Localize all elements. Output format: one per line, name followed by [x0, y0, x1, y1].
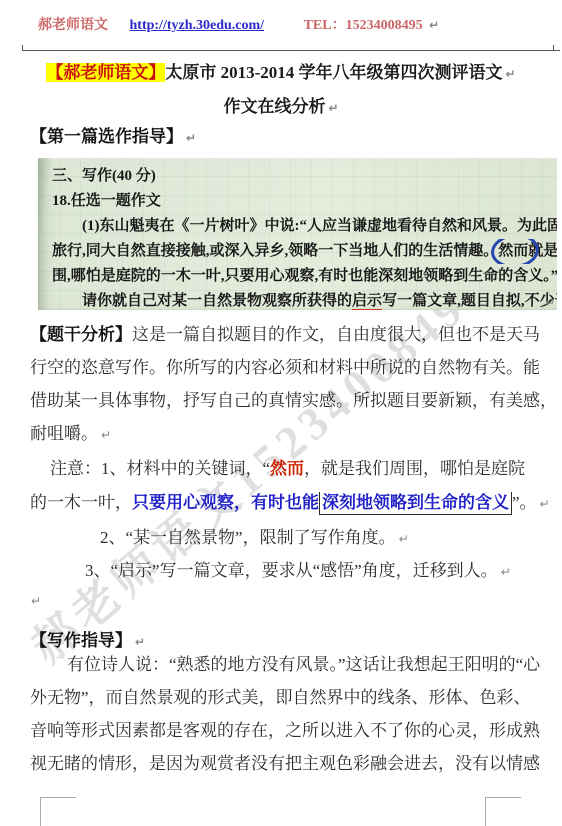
- note-line-3: 3、“启示”写一篇文章，要求从“感悟”角度，迁移到人。↵: [30, 560, 552, 583]
- note-text: 2、“某一自然景物”，限制了写作角度。: [100, 528, 396, 547]
- section-heading-2: 【写作指导】↵: [30, 626, 145, 651]
- tigan-text: 耐咀嚼。: [30, 424, 98, 443]
- guide-line: 有位诗人说：“熟悉的地方没有风景。”这话让我想起王阳明的“心: [30, 654, 552, 676]
- scan-line: 围,哪怕是庭院的一木一叶,只要用心观察,有时也能深刻地领略到生命的含义。”: [52, 264, 557, 289]
- pilcrow-mark: ↵: [135, 635, 145, 649]
- pilcrow-mark: ↵: [328, 101, 338, 115]
- pilcrow-mark: ↵: [540, 497, 550, 511]
- doc-title-line1: 【郝老师语文】太原市 2013-2014 学年八年级第四次测评语文↵: [0, 58, 562, 83]
- page-header: 郝老师语文 http://tyzh.30edu.com/ TEL：1523400…: [38, 14, 556, 34]
- tigan-text: 这是一篇自拟题目的作文，自由度很大，但也不是天马: [132, 325, 540, 344]
- scan-line-text: 18.任选一题作文: [52, 193, 161, 209]
- guide-text: 音响等形式因素都是客观的存在，之所以进入不了你的心灵，形成熟: [30, 721, 540, 740]
- red-wavy-underline-text: 某一自然景物: [172, 293, 262, 309]
- section-heading-1-text: 【第一篇选作指导】: [30, 127, 183, 146]
- scan-line-text: 三、写作(40 分): [52, 168, 156, 184]
- note-line-1a: 注意：1、材料中的关键词，“然而，就是我们周围，哪怕是庭院: [30, 458, 552, 480]
- tigan-line: 【题干分析】这是一篇自拟题目的作文，自由度很大，但也不是天马: [30, 324, 552, 346]
- guide-text: 有位诗人说：“熟悉的地方没有风景。”这话让我想起王阳明的“心: [67, 655, 540, 674]
- scan-line-text: 围,哪怕是庭院的一木一叶,只要用心观察,有时也能深刻地领略到生命的含义。”: [52, 268, 557, 284]
- scan-line-text: 写一篇文章,题目自拟,不少于 600 字。: [382, 293, 557, 309]
- scan-line: 旅行,同大自然直接接触,或深入异乡,领略一下当地人们的生活情趣。然而就是我们住: [52, 239, 557, 264]
- note-text: ，就是我们周围，哪怕是庭院: [304, 459, 525, 478]
- guide-line: 外无物”，而自然景观的形式美，即自然界中的线条、形体、色彩、: [30, 687, 552, 709]
- title-subtext: 作文在线分析: [223, 97, 325, 116]
- section-heading-1: 【第一篇选作指导】↵: [30, 122, 196, 147]
- pilcrow-mark: ↵: [429, 18, 439, 32]
- section-heading-2-text: 【写作指导】: [30, 631, 132, 650]
- site-url-link[interactable]: http://tyzh.30edu.com/: [130, 18, 265, 33]
- pilcrow-mark: ↵: [506, 67, 516, 81]
- tigan-text: 借助某一具体事物，抒写自己的真情实感。所拟题目要新颖，有美感，: [30, 391, 552, 410]
- header-tel: TEL：15234008495: [304, 18, 423, 33]
- pilcrow-mark: ↵: [545, 296, 555, 310]
- scan-line: 三、写作(40 分): [52, 164, 557, 189]
- tigan-line: 耐咀嚼。↵: [30, 423, 552, 446]
- pilcrow-mark: ↵: [31, 594, 41, 608]
- site-name: 郝老师语文: [38, 18, 108, 33]
- scan-line: 18.任选一题作文: [52, 189, 557, 214]
- guide-line: 视无睹的情形，是因为观赏者没有把主观色彩融会进去，没有以情感: [30, 753, 552, 775]
- boundary-tick-right: [553, 45, 554, 50]
- note-text: ”。: [512, 493, 537, 512]
- boxed-keyphrase: 深刻地领略到生命的含义: [319, 492, 512, 515]
- note-text: 注意：1、材料中的关键词，“: [50, 459, 270, 478]
- scan-line-text: (1)东山魁夷在《一片树叶》中说:“人应当谦虚地看待自然和风景。为此固然有必要出: [82, 218, 557, 234]
- pilcrow-mark: ↵: [186, 131, 196, 145]
- pilcrow-mark: ↵: [399, 532, 409, 546]
- pilcrow-mark: ↵: [501, 565, 511, 579]
- title-text: 太原市 2013-2014 学年八年级第四次测评语文: [165, 63, 502, 82]
- scan-line-text: 请你就自己对: [82, 293, 172, 309]
- note-line-2: 2、“某一自然景物”，限制了写作角度。↵: [30, 527, 552, 550]
- page-corner-mark-left: [40, 797, 76, 826]
- blue-circle-annotation: [490, 239, 541, 264]
- guide-text: 外无物”，而自然景观的形式美，即自然界中的线条、形体、色彩、: [30, 688, 531, 707]
- note-line-1b: 的一木一叶，只要用心观察，有时也能深刻地领略到生命的含义”。↵: [30, 492, 552, 515]
- pilcrow-mark: ↵: [101, 428, 111, 442]
- circled-keyword: 然而: [498, 239, 528, 264]
- tigan-line: 行空的恣意写作。你所写的内容必须和材料中所说的自然物有关。能: [30, 357, 552, 379]
- doc-title-line2: 作文在线分析↵: [0, 92, 562, 117]
- tigan-text: 行空的恣意写作。你所写的内容必须和材料中所说的自然物有关。能: [30, 358, 540, 377]
- header-rule: [22, 50, 560, 51]
- scan-line: 请你就自己对某一自然景物观察所获得的启示写一篇文章,题目自拟,不少于 600 字…: [52, 289, 557, 310]
- scan-line-text: 旅行,同大自然直接接触,或深入异乡,领略一下当地人们的生活情趣。: [52, 243, 498, 259]
- boundary-tick-left: [22, 45, 23, 50]
- scan-line: (1)东山魁夷在《一片树叶》中说:“人应当谦虚地看待自然和风景。为此固然有必要出: [52, 214, 557, 239]
- keyphrase-blue: 只要用心观察，有时也能: [132, 493, 319, 512]
- keyword-red: 然而: [270, 459, 304, 478]
- guide-text: 视无睹的情形，是因为观赏者没有把主观色彩融会进去，没有以情感: [30, 754, 540, 773]
- document-page: 郝老师语文15234008495 郝老师语文 http://tyzh.30edu…: [0, 0, 562, 826]
- tigan-label: 【题干分析】: [30, 325, 132, 344]
- note-text: 3、“启示”写一篇文章，要求从“感悟”角度，迁移到人。: [85, 561, 498, 580]
- note-text: 的一木一叶，: [30, 493, 132, 512]
- title-highlight-badge: 【郝老师语文】: [46, 63, 165, 82]
- scan-line-text: 观察所获得的: [262, 293, 352, 309]
- page-corner-mark-right: [485, 797, 521, 826]
- red-underline-text: 启示: [352, 293, 382, 310]
- exam-question-scan-image: 三、写作(40 分) 18.任选一题作文 (1)东山魁夷在《一片树叶》中说:“人…: [38, 158, 557, 310]
- guide-line: 音响等形式因素都是客观的存在，之所以进入不了你的心灵，形成熟: [30, 720, 552, 742]
- tigan-line: 借助某一具体事物，抒写自己的真情实感。所拟题目要新颖，有美感，: [30, 390, 552, 412]
